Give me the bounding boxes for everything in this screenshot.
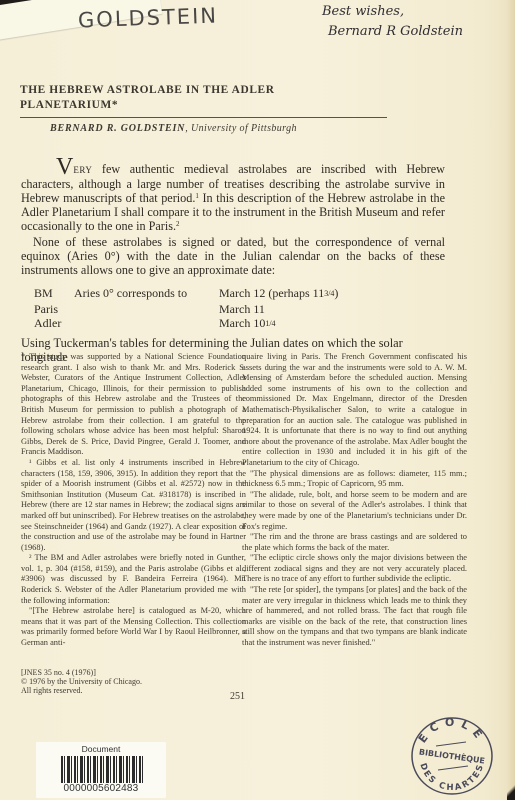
barcode-icon <box>61 756 143 783</box>
correspondence-label <box>74 316 219 332</box>
date-fraction: 3/4 <box>324 289 334 298</box>
intro-smallcaps: ERY <box>73 165 92 175</box>
date-text: March 12 (perhaps 11 <box>219 286 324 300</box>
place-label: Adler <box>34 316 74 332</box>
title-line-1: THE HEBREW ASTROLABE IN THE ADLER <box>20 83 400 98</box>
date-row-paris: Paris March 11 <box>34 302 338 317</box>
title-line-2: PLANETARIUM* <box>20 98 400 113</box>
handwritten-name: GOLDSTEIN <box>78 4 219 33</box>
footnote-quote-ecliptic: "The ecliptic circle shows only the majo… <box>242 553 467 585</box>
page-edge-shadow <box>507 0 515 800</box>
inscription-signature: Bernard R Goldstein <box>322 22 463 42</box>
footnote-quote-continued: quaire living in Paris. The French Gover… <box>242 352 467 469</box>
date-value: March 11 <box>219 302 265 317</box>
correspondence-label: Aries 0° corresponds to <box>74 286 219 302</box>
footnote-star: * This study was supported by a National… <box>21 352 246 458</box>
footnote-2-quote: "[The Hebrew astrolabe here] is catalogu… <box>21 606 246 648</box>
footnote-quote-dimensions: "The physical dimensions are as follows:… <box>242 469 467 490</box>
handwritten-inscription: Best wishes, Bernard R Goldstein <box>322 2 463 42</box>
footnote-1: ¹ Gibbs et al. list only 4 instruments i… <box>21 458 246 553</box>
rights-notice: All rights reserved. <box>21 687 142 696</box>
footnotes-right-column: quaire living in Paris. The French Gover… <box>242 352 467 649</box>
title-divider <box>20 117 387 118</box>
date-fraction: 1/4 <box>265 319 275 328</box>
library-stamp-icon: ECOLE BIBLIOTHÈQUE DES CHARTES <box>406 712 498 798</box>
footnote-quote-rete: "The rete [or spider], the tympans [or p… <box>242 585 467 649</box>
equinox-dates-table: BM Aries 0° corresponds to March 12 (per… <box>34 286 338 332</box>
footnote-quote-alidade: "The alidade, rule, bolt, and horse seem… <box>242 490 467 532</box>
date-row-bm: BM Aries 0° corresponds to March 12 (per… <box>34 286 338 302</box>
scanned-page: GOLDSTEIN Best wishes, Bernard R Goldste… <box>0 0 515 800</box>
date-suffix: ) <box>334 286 338 300</box>
author-affiliation: , University of Pittsburgh <box>185 123 297 134</box>
paragraph-2: None of these astrolabes is signed or da… <box>21 236 445 278</box>
date-text: March 10 <box>219 316 265 330</box>
inscription-line-1: Best wishes, <box>322 2 463 22</box>
footnotes-left-column: * This study was supported by a National… <box>21 352 246 649</box>
scan-corner-shadow-bottom <box>507 782 515 800</box>
page-number: 251 <box>230 691 245 702</box>
place-label: BM <box>34 286 74 302</box>
footnote-2: ² The BM and Adler astrolabes were brief… <box>21 553 246 606</box>
article-title: THE HEBREW ASTROLABE IN THE ADLER PLANET… <box>20 83 400 113</box>
footnote-ref-2[interactable]: 2 <box>176 220 180 228</box>
date-value: March 12 (perhaps 113/4) <box>219 286 338 302</box>
stamp-top-text: ECOLE <box>416 716 488 746</box>
intro-paragraph: VERY few authentic medieval astrolabes a… <box>21 162 445 234</box>
stamp-middle-text: BIBLIOTHÈQUE <box>418 745 485 765</box>
barcode-number: 0000005602483 <box>36 783 166 794</box>
place-label: Paris <box>34 302 74 317</box>
journal-info: [JNES 35 no. 4 (1976)] © 1976 by the Uni… <box>21 669 142 695</box>
footnote-quote-rim: "The rim and the throne are brass castin… <box>242 532 467 553</box>
correspondence-label <box>74 302 219 317</box>
date-value: March 101/4 <box>219 316 276 332</box>
byline: BERNARD R. GOLDSTEIN, University of Pitt… <box>50 123 297 134</box>
barcode-title: Document <box>36 744 166 754</box>
author-name: BERNARD R. GOLDSTEIN <box>50 123 185 134</box>
stamp-bottom-text: DES CHARTES <box>417 762 486 793</box>
barcode-label: Document 0000005602483 <box>36 742 166 798</box>
svg-text:ECOLE: ECOLE <box>416 716 488 746</box>
svg-text:DES CHARTES: DES CHARTES <box>417 762 486 793</box>
date-row-adler: Adler March 101/4 <box>34 316 338 332</box>
